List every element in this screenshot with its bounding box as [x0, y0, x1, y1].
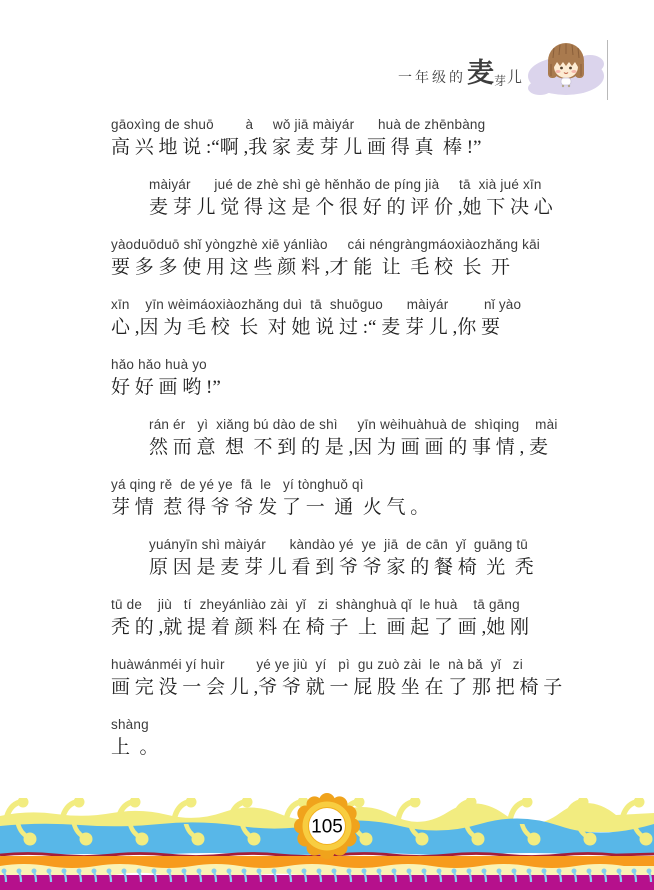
- pinyin-line: yá qing rě de yé ye fā le yí tònghuǒ qì: [111, 476, 581, 493]
- pinyin-line: xīn yīn wèimáoxiàozhǎng duì tā shuōguo m…: [111, 296, 581, 313]
- text-line: xīn yīn wèimáoxiàozhǎng duì tā shuōguo m…: [111, 296, 581, 341]
- story-text: gāoxìng de shuō à wǒ jiā màiyár huà de z…: [111, 116, 581, 776]
- footer-decoration: 105: [0, 790, 654, 890]
- pinyin-line: hǎo hǎo huà yo: [111, 356, 581, 373]
- hanzi-line: 心 ,因 为 毛 校 长 对 她 说 过 :“ 麦 芽 儿 ,你 要: [111, 315, 581, 341]
- text-line: shàng 上 。: [111, 716, 581, 761]
- hanzi-line: 然 而 意 想 不 到 的 是 ,因 为 画 画 的 事 情 , 麦: [149, 435, 581, 461]
- text-line: tū de jiù tí zheyánliào zài yǐ zi shàngh…: [111, 596, 581, 641]
- pinyin-line: gāoxìng de shuō à wǒ jiā màiyár huà de z…: [111, 116, 581, 133]
- hanzi-line: 秃 的 ,就 提 着 颜 料 在 椅 子 上 画 起 了 画 ,她 刚: [111, 615, 581, 641]
- hanzi-line: 芽 情 惹 得 爷 爷 发 了 一 通 火 气 。: [111, 495, 581, 521]
- series-title-big-char: 麦: [467, 51, 494, 90]
- hanzi-line: 高 兴 地 说 :“啊 ,我 家 麦 芽 儿 画 得 真 棒 !”: [111, 135, 581, 161]
- series-title-prefix: 一年级的: [398, 67, 466, 87]
- text-line: màiyár jué de zhè shì gè hěnhǎo de píng …: [111, 176, 581, 221]
- hanzi-line: 要 多 多 使 用 这 些 颜 料 ,才 能 让 毛 校 长 开: [111, 255, 581, 281]
- girl-avatar-icon: [524, 36, 608, 105]
- pinyin-line: rán ér yì xiǎng bú dào de shì yīn wèihuà…: [149, 416, 581, 433]
- text-line: rán ér yì xiǎng bú dào de shì yīn wèihuà…: [111, 416, 581, 461]
- page-header: 一年级的 麦 芽 儿: [398, 38, 608, 102]
- text-line: hǎo hǎo huà yo 好 好 画 哟 !”: [111, 356, 581, 401]
- text-line: gāoxìng de shuō à wǒ jiā màiyár huà de z…: [111, 116, 581, 161]
- pinyin-line: shàng: [111, 716, 581, 733]
- pinyin-line: tū de jiù tí zheyánliào zài yǐ zi shàngh…: [111, 596, 581, 613]
- hanzi-line: 麦 芽 儿 觉 得 这 是 个 很 好 的 评 价 ,她 下 决 心: [149, 195, 581, 221]
- text-line: yàoduōduō shǐ yòngzhè xiē yánliào cái né…: [111, 236, 581, 281]
- hanzi-line: 原 因 是 麦 芽 儿 看 到 爷 爷 家 的 餐 椅 光 秃: [149, 555, 581, 581]
- pinyin-line: huàwánméi yí huìr yé ye jiù yí pì gu zuò…: [111, 656, 581, 673]
- series-title: 一年级的 麦 芽 儿: [398, 51, 522, 90]
- header-divider-line: [607, 40, 608, 100]
- series-title-small-char: 芽: [494, 72, 506, 89]
- hanzi-line: 上 。: [111, 735, 581, 761]
- hanzi-line: 画 完 没 一 会 儿 ,爷 爷 就 一 屁 股 坐 在 了 那 把 椅 子: [111, 675, 581, 701]
- series-title-suffix: 儿: [507, 66, 522, 87]
- text-line: yuányīn shì màiyár kàndào yé ye jiā de c…: [111, 536, 581, 581]
- page-number: 105: [311, 817, 343, 838]
- text-line: yá qing rě de yé ye fā le yí tònghuǒ qì …: [111, 476, 581, 521]
- pinyin-line: yuányīn shì màiyár kàndào yé ye jiā de c…: [149, 536, 581, 553]
- text-line: huàwánméi yí huìr yé ye jiù yí pì gu zuò…: [111, 656, 581, 701]
- hanzi-line: 好 好 画 哟 !”: [111, 375, 581, 401]
- pinyin-line: yàoduōduō shǐ yòngzhè xiē yánliào cái né…: [111, 236, 581, 253]
- pinyin-line: màiyár jué de zhè shì gè hěnhǎo de píng …: [149, 176, 581, 193]
